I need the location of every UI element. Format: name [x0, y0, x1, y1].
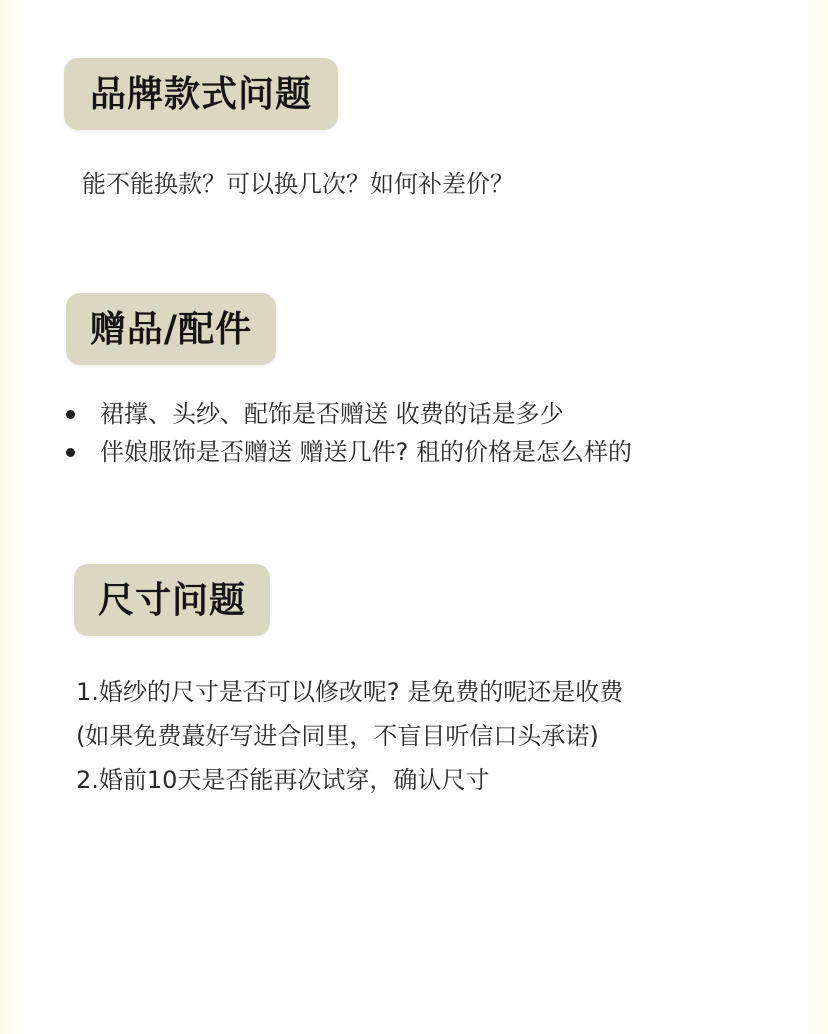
section-text-size-line-3: 2.婚前10天是否能再次试穿，确认尺寸 — [76, 768, 489, 792]
bullet-icon — [66, 448, 75, 457]
section-text-size-line-2: (如果免费蕞好写进合同里，不盲目听信口头承诺) — [76, 724, 599, 748]
section-heading-gifts-accessories: 赠品/配件 — [66, 293, 276, 365]
right-page-edge — [808, 0, 828, 1034]
document-page — [18, 0, 808, 1034]
section-text-size-line-1: 1.婚纱的尺寸是否可以修改呢? 是免费的呢还是收费 — [76, 680, 623, 704]
list-item-text: 伴娘服饰是否赠送 赠送几件? 租的价格是怎么样的 — [100, 440, 632, 464]
section-heading-brand-style: 品牌款式问题 — [64, 58, 338, 130]
bullet-icon — [66, 410, 75, 419]
list-item: 裙撑、头纱、配饰是否赠送 收费的话是多少 — [66, 402, 564, 426]
list-item: 伴娘服饰是否赠送 赠送几件? 租的价格是怎么样的 — [66, 440, 632, 464]
section-heading-size: 尺寸问题 — [74, 564, 270, 636]
left-page-edge — [0, 0, 18, 1034]
section-text-brand-style: 能不能换款？可以换几次？如何补差价？ — [82, 172, 514, 196]
list-item-text: 裙撑、头纱、配饰是否赠送 收费的话是多少 — [100, 402, 564, 426]
